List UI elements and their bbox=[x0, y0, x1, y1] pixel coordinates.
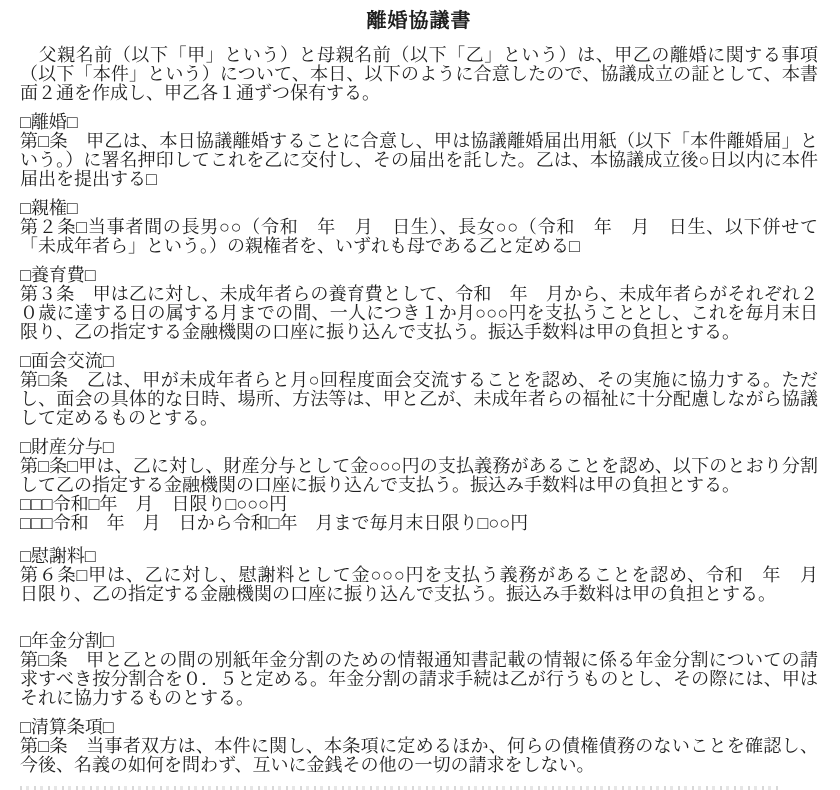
intro-paragraph: 父親名前（以下「甲」という）と母親名前（以下「乙」という）は、甲乙の離婚に関する… bbox=[20, 46, 818, 103]
section-clause: □財産分与□第□条□甲は、乙に対し、財産分与として金○○○円の支払義務があること… bbox=[20, 438, 818, 533]
section-heading: □年金分割□ bbox=[20, 632, 818, 651]
clause-paragraph: 第□条 甲と乙との間の別紙年金分割のための情報通知書記載の情報に係る年金分割につ… bbox=[20, 651, 818, 708]
document-title: 離婚協議書 bbox=[20, 10, 818, 32]
clause-paragraph: 第□条 乙は、甲が未成年者らと月○回程度面会交流することを認め、その実施に協力す… bbox=[20, 371, 818, 428]
installment-line: □□□令和 年 月 日から令和□年 月まで毎月末日限り□○○円 bbox=[20, 514, 818, 533]
section-clause: □年金分割□第□条 甲と乙との間の別紙年金分割のための情報通知書記載の情報に係る… bbox=[20, 632, 818, 708]
section-clause: □養育費□第３条 甲は乙に対し、未成年者らの養育費として、令和 年 月から、未成… bbox=[20, 266, 818, 342]
section-heading: □離婚□ bbox=[20, 113, 818, 132]
section-heading: □養育費□ bbox=[20, 266, 818, 285]
section-heading: □慰謝料□ bbox=[20, 547, 818, 566]
clause-paragraph: 第□条 甲乙は、本日協議離婚することに合意し、甲は協議離婚届出用紙（以下「本件離… bbox=[20, 132, 818, 189]
section-clause: □親権□第２条□当事者間の長男○○（令和 年 月 日生）、長女○○（令和 年 月… bbox=[20, 199, 818, 256]
document-page: 離婚協議書 父親名前（以下「甲」という）と母親名前（以下「乙」という）は、甲乙の… bbox=[0, 0, 840, 790]
installment-line: □□□令和□年 月 日限り□○○○円 bbox=[20, 495, 818, 514]
clause-paragraph: 第２条□当事者間の長男○○（令和 年 月 日生）、長女○○（令和 年 月 日生、… bbox=[20, 218, 818, 256]
section-heading: □親権□ bbox=[20, 199, 818, 218]
section-clause: □清算条項□第□条 当事者双方は、本件に関し、本条項に定めるほか、何らの債権債務… bbox=[20, 718, 818, 775]
section-clause: □慰謝料□第６条□甲は、乙に対し、慰謝料として金○○○円を支払う義務があることを… bbox=[20, 547, 818, 604]
section-clause: □離婚□第□条 甲乙は、本日協議離婚することに合意し、甲は協議離婚届出用紙（以下… bbox=[20, 113, 818, 189]
clause-paragraph: 第□条 当事者双方は、本件に関し、本条項に定めるほか、何らの債権債務のないことを… bbox=[20, 737, 818, 775]
clipped-bottom-text-line bbox=[20, 786, 780, 790]
clause-paragraph: 第６条□甲は、乙に対し、慰謝料として金○○○円を支払う義務があることを認め、令和… bbox=[20, 566, 818, 604]
clauses-container: □離婚□第□条 甲乙は、本日協議離婚することに合意し、甲は協議離婚届出用紙（以下… bbox=[20, 113, 818, 775]
clause-paragraph: 第□条□甲は、乙に対し、財産分与として金○○○円の支払義務があることを認め、以下… bbox=[20, 457, 818, 495]
section-heading: □面会交流□ bbox=[20, 352, 818, 371]
clause-paragraph: 第３条 甲は乙に対し、未成年者らの養育費として、令和 年 月から、未成年者らがそ… bbox=[20, 285, 818, 342]
section-heading: □清算条項□ bbox=[20, 718, 818, 737]
section-heading: □財産分与□ bbox=[20, 438, 818, 457]
section-clause: □面会交流□第□条 乙は、甲が未成年者らと月○回程度面会交流することを認め、その… bbox=[20, 352, 818, 428]
